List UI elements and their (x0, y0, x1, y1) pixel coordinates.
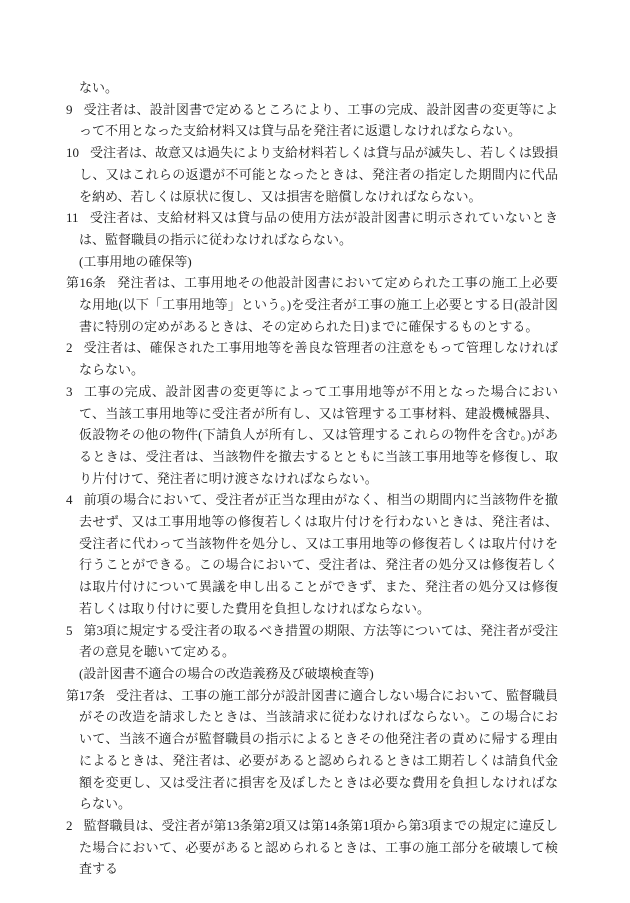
clause-number: 2 (66, 340, 73, 355)
paragraph-text: ない。 (79, 80, 118, 95)
clause-number: 5 (66, 623, 73, 638)
clause-number: 3 (66, 384, 73, 399)
clause-number: 10 (66, 145, 79, 160)
article-paragraph: 第17条受注者は、工事の施工部分が設計図書に適合しない場合において、監督職員がそ… (66, 685, 558, 815)
continuation-paragraph: ない。 (66, 77, 558, 99)
clause-paragraph: 5第3項に規定する受注者の取るべき措置の期限、方法等については、発注者が受注者の… (66, 620, 558, 663)
clause-paragraph: 3工事の完成、設計図書の変更等によって工事用地等が不用となった場合において、当該… (66, 381, 558, 490)
article-number: 第16条 (66, 275, 106, 290)
clause-paragraph: 11受注者は、支給材料又は貸与品の使用方法が設計図書に明示されていないときは、監… (66, 207, 558, 250)
clause-paragraph: 9受注者は、設計図書で定めるところにより、工事の完成、設計図書の変更等によって不… (66, 99, 558, 142)
clause-paragraph: 2受注者は、確保された工事用地等を善良な管理者の注意をもって管理しなければならな… (66, 337, 558, 380)
clause-number: 9 (66, 102, 73, 117)
article-number: 第17条 (66, 688, 105, 703)
paragraph-text: 前項の場合において、受注者が正当な理由がなく、相当の期間内に当該物件を撤去せず、… (79, 492, 558, 616)
paragraph-text: 発注者は、工事用地その他設計図書において定められた工事の施工上必要な用地(以下「… (79, 275, 558, 333)
paragraph-text: (工事用地の確保等) (79, 254, 192, 269)
clause-number: 11 (66, 210, 79, 225)
clause-paragraph: 2監督職員は、受注者が第13条第2項又は第14条第1項から第3項までの規定に違反… (66, 815, 558, 880)
paragraph-text: 受注者は、設計図書で定めるところにより、工事の完成、設計図書の変更等によって不用… (79, 102, 558, 139)
paragraph-text: 第3項に規定する受注者の取るべき措置の期限、方法等については、発注者が受注者の意… (79, 623, 558, 660)
paragraph-text: 工事の完成、設計図書の変更等によって工事用地等が不用となった場合において、当該工… (79, 384, 558, 486)
section-heading: (設計図書不適合の場合の改造義務及び破壊検査等) (66, 663, 558, 685)
article-paragraph: 第16条発注者は、工事用地その他設計図書において定められた工事の施工上必要な用地… (66, 272, 558, 337)
paragraph-text: (設計図書不適合の場合の改造義務及び破壊検査等) (79, 666, 374, 681)
document-page: ない。9受注者は、設計図書で定めるところにより、工事の完成、設計図書の変更等によ… (0, 0, 630, 903)
clause-number: 4 (66, 492, 73, 507)
paragraph-text: 受注者は、工事の施工部分が設計図書に適合しない場合において、監督職員がその改造を… (79, 688, 558, 812)
paragraph-text: 受注者は、支給材料又は貸与品の使用方法が設計図書に明示されていないときは、監督職… (79, 210, 558, 247)
paragraph-text: 監督職員は、受注者が第13条第2項又は第14条第1項から第3項までの規定に違反し… (79, 818, 558, 876)
clause-paragraph: 4前項の場合において、受注者が正当な理由がなく、相当の期間内に当該物件を撤去せず… (66, 489, 558, 619)
paragraph-text: 受注者は、確保された工事用地等を善良な管理者の注意をもって管理しなければならない… (79, 340, 558, 377)
document-body: ない。9受注者は、設計図書で定めるところにより、工事の完成、設計図書の変更等によ… (66, 77, 558, 880)
clause-number: 2 (66, 818, 73, 833)
paragraph-text: 受注者は、故意又は過失により支給材料若しくは貸与品が滅失し、若しくは毀損し、又は… (79, 145, 558, 203)
section-heading: (工事用地の確保等) (66, 251, 558, 273)
clause-paragraph: 10受注者は、故意又は過失により支給材料若しくは貸与品が滅失し、若しくは毀損し、… (66, 142, 558, 207)
